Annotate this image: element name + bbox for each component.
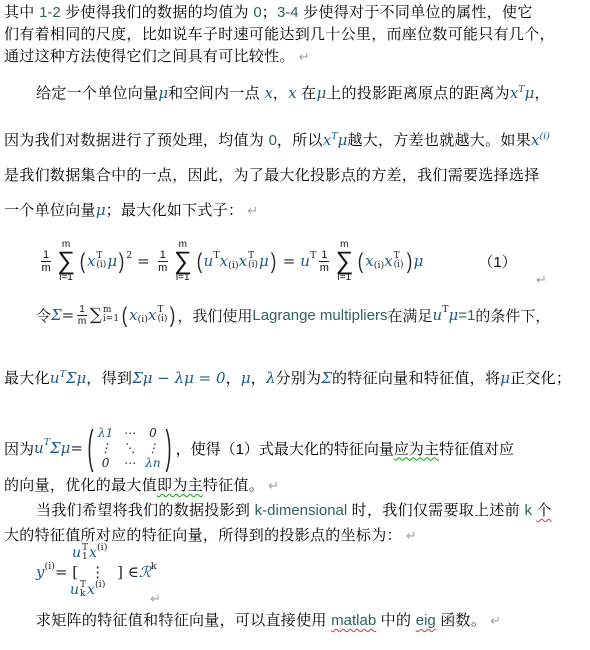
- text-line-6: 是我们数据集合中的一点，因此，为了最大化投影点的方差，我们需要选择选择: [4, 165, 540, 186]
- summation: m∑i=1: [57, 240, 75, 283]
- text-run: ，我们使用: [177, 305, 252, 326]
- math-var-mu: μ: [241, 369, 251, 387]
- math-var-u: u: [50, 369, 60, 387]
- text-run: 0: [269, 132, 277, 149]
- grammar-flagged-text: 应为主: [394, 438, 439, 459]
- math-var-x: x: [89, 545, 97, 561]
- subscript-1: 1: [82, 553, 88, 563]
- subscript-i: (i): [138, 314, 148, 325]
- equation-1: 1m m∑i=1 ( x T(i) μ ) 2 = 1m m∑i=1 ( u T…: [38, 230, 517, 292]
- sum-symbol: ∑: [90, 305, 102, 325]
- fraction-1-over-m: 1m: [319, 249, 329, 274]
- text-run: ，: [534, 85, 549, 102]
- text-line-sigma-def: 令 Σ = 1m ∑ mi=1 ( x (i) x T(i) ) ，我们使用 L…: [36, 302, 550, 328]
- math-run: Σμ − λμ = 0: [132, 369, 225, 387]
- text-run: 函数。: [436, 612, 486, 629]
- superscript-i: (i): [97, 542, 107, 553]
- matrix-cell: ⋯: [123, 456, 135, 470]
- close-paren: ): [119, 248, 125, 274]
- superscript-k: k: [151, 561, 157, 572]
- open-paren: (: [122, 302, 128, 328]
- paragraph-mark: ↵: [295, 49, 310, 64]
- superscript-T: T: [310, 250, 316, 261]
- text-line-eig: 求矩阵的特征值和特征向量，可以直接使用 matlab 中的 eig 函数。↵: [36, 610, 501, 631]
- math-var-x: x: [239, 252, 247, 270]
- paragraph-mark: ↵: [264, 478, 279, 493]
- equals-sign: =: [137, 252, 150, 270]
- text-line-5: 因为我们对数据进行了预处理，均值为 0，所以xTμ越大，方差也就越大。如果x(i…: [4, 130, 550, 153]
- close-paren: ): [270, 248, 276, 274]
- subscript-k: k: [80, 590, 85, 600]
- text-run: 的条件下，: [475, 305, 550, 326]
- math-var-u: u: [70, 582, 79, 598]
- matrix-cell: 0: [145, 426, 160, 440]
- sum-limits: mi=1: [103, 306, 119, 325]
- matrix-cell: ⋮: [98, 441, 113, 455]
- superscript-T: T: [213, 250, 219, 261]
- text-run: 分别为: [275, 370, 321, 387]
- text-run: 令: [36, 305, 51, 326]
- numerator: 1: [319, 249, 329, 262]
- open-paren: (: [196, 248, 202, 274]
- text-run: ，: [251, 370, 266, 387]
- text-run: 0: [253, 4, 261, 21]
- subscript-i: (i): [374, 260, 384, 271]
- math-var-u: u: [432, 306, 442, 324]
- math-var-u: u: [204, 252, 214, 270]
- text-run: 中的: [376, 612, 416, 629]
- matrix-cell: ⋮: [145, 441, 160, 455]
- math-run: μ: [158, 84, 168, 102]
- text-run: 上的投影距离原点的距离为: [326, 85, 510, 102]
- text-run-latin: Lagrange multipliers: [252, 307, 387, 324]
- spell-flagged-text: eig: [416, 612, 436, 629]
- math-scripts: T1: [82, 544, 88, 563]
- subscript-i: (i): [248, 261, 258, 271]
- math-scripts: T(i): [394, 252, 404, 271]
- math-var-mu: μ: [259, 252, 269, 270]
- math-run: Σμ: [66, 369, 86, 387]
- open-paren: (: [358, 248, 364, 274]
- math-scripts: T(i): [248, 252, 258, 271]
- eigenvalue-matrix: λ1⋯0⋮⋱⋮0⋯λn: [98, 426, 161, 470]
- text-run: 是我们数据集合中的一点，因此，为了最大化投影点的方差，我们需要选择选择: [4, 167, 540, 184]
- text-run: 的向量，优化的最大值: [4, 477, 157, 494]
- fraction-1-over-m: 1m: [158, 249, 168, 274]
- math-var-x: x: [148, 306, 156, 324]
- subscript-i: (i): [157, 315, 167, 325]
- sum-symbol: ∑: [335, 250, 353, 273]
- math-var-x: x: [87, 582, 95, 598]
- matrix-cell: ⋱: [123, 441, 135, 455]
- text-run: 给定一个单位向量: [36, 85, 158, 102]
- superscript-T: T: [60, 369, 66, 380]
- math-var-sigma: Σ: [321, 369, 332, 387]
- text-run: 特征值对应: [439, 438, 514, 459]
- math-var-mu: μ: [107, 252, 117, 270]
- sum-symbol: ∑: [57, 250, 75, 273]
- fraction-1-over-m: 1m: [77, 304, 87, 327]
- denominator: m: [320, 262, 329, 274]
- summation: m∑i=1: [174, 240, 192, 283]
- close-paren: ): [170, 302, 176, 328]
- math-var-mu: μ: [414, 252, 424, 270]
- math-var-mu: μ: [448, 306, 458, 324]
- text-run: 在: [297, 85, 317, 102]
- open-paren: (: [80, 248, 86, 274]
- subscript-i: (i): [96, 261, 106, 271]
- matrix-open-paren: (: [87, 422, 93, 475]
- paragraph-mark: ↵: [150, 591, 161, 607]
- y-formula-row-bottom: u Tk x (i): [70, 582, 105, 598]
- text-run: 因为: [4, 438, 34, 459]
- equals-sign: =: [70, 439, 83, 457]
- text-run: ，使得（1）式最大化的特征向量: [176, 438, 394, 459]
- text-line-vector: 的向量，优化的最大值即为主特征值。↵: [4, 475, 279, 496]
- math-run: μ: [525, 84, 535, 102]
- text-run: 的特征向量和特征值，将: [332, 370, 500, 387]
- text-run: 和空间内一点: [168, 85, 264, 102]
- close-paren: ): [406, 248, 412, 274]
- text-run: 其中: [4, 4, 39, 21]
- document-page: 其中 1-2 步使得我们的数据的均值为 0；3-4 步使得对于不同单位的属性，使…: [0, 0, 590, 650]
- paragraph-mark: ↵: [536, 272, 547, 288]
- matrix-cell: λ1: [98, 426, 113, 440]
- math-var-mu: μ: [500, 369, 510, 387]
- sum-lower-limit: i=1: [338, 273, 352, 283]
- math-var-y: y: [36, 563, 44, 581]
- math-superscript: T: [518, 84, 524, 95]
- text-run: 求矩阵的特征值和特征向量，可以直接使用: [36, 612, 331, 629]
- math-var-u: u: [300, 252, 310, 270]
- equation-number: （1）: [478, 251, 516, 272]
- text-line-kdim: 当我们希望将我们的数据投影到 k-dimensional 时，我们仅需要取上述前…: [36, 500, 552, 521]
- text-line-matrix: 因为 u T Σμ = ( λ1⋯0⋮⋱⋮0⋯λn ) ，使得（1）式最大化的特…: [4, 420, 514, 476]
- text-run: ，得到: [86, 370, 132, 387]
- math-var-u: u: [72, 545, 81, 561]
- text-run: 步使得对于不同单位的属性，使它: [299, 4, 533, 21]
- subscript-i: (i): [228, 260, 238, 271]
- text-run: ；最大化如下式子：: [106, 202, 244, 219]
- text-run: 最大化: [4, 370, 50, 387]
- sum-lower-limit: i=1: [103, 315, 119, 325]
- text-run: 在满足: [387, 305, 432, 326]
- text-run: ，: [226, 370, 241, 387]
- math-run: x: [288, 84, 296, 102]
- text-run: 正交化；: [510, 370, 571, 387]
- spell-flagged-text: matlab: [331, 612, 376, 629]
- text-run-latin: k-dimensional: [255, 502, 348, 519]
- denominator: m: [158, 262, 167, 274]
- text-run: 越大，方差也就越大。如果: [347, 132, 531, 149]
- text-run: 通过这种方法使得它们之间具有可比较性。: [4, 48, 295, 65]
- equals-sign: =: [283, 252, 296, 270]
- text-run: 特征值。: [203, 477, 264, 494]
- text-line-4: 给定一个单位向量μ和空间内一点 x，x 在μ上的投影距离原点的距离为xTμ，: [36, 83, 550, 106]
- text-run: ，所以: [277, 132, 323, 149]
- math-var-sigma: Σ: [51, 306, 62, 324]
- text-line-2: 们有着相同的尺度，比如说车子时速可能达到几十公里，而座位数可能只有几个，: [4, 24, 555, 45]
- matrix-close-paren: ): [165, 422, 171, 475]
- text-run: 大的特征值所对应的特征向量，所得到的投影点的坐标为：: [4, 527, 402, 544]
- text-run: 当我们希望将我们的数据投影到: [36, 502, 255, 519]
- matrix-cell: λn: [145, 456, 160, 470]
- text-line-3: 通过这种方法使得它们之间具有可比较性。↵: [4, 46, 310, 67]
- text-run: 因为我们对数据进行了预处理，均值为: [4, 132, 269, 149]
- text-line-1: 其中 1-2 步使得我们的数据的均值为 0；3-4 步使得对于不同单位的属性，使…: [4, 2, 533, 23]
- math-run: μ: [338, 131, 348, 149]
- text-run: 一个单位向量: [4, 202, 96, 219]
- paragraph-mark: ↵: [243, 203, 258, 218]
- math-superscript: (i): [539, 131, 549, 142]
- matrix-cell: ⋯: [123, 426, 135, 440]
- text-run: 们有着相同的尺度，比如说车子时速可能达到几十公里，而座位数可能只有几个，: [4, 26, 555, 43]
- math-var-x: x: [220, 252, 228, 270]
- text-line-7: 一个单位向量μ；最大化如下式子：↵: [4, 200, 258, 221]
- sum-lower-limit: i=1: [59, 273, 73, 283]
- text-line-maximize: 最大化uTΣμ，得到Σμ − λμ = 0，μ，λ分别为Σ的特征向量和特征值，将…: [4, 368, 571, 391]
- math-scripts: Tk: [80, 581, 86, 600]
- denominator: m: [78, 316, 86, 327]
- text-line-coords: 大的特征值所对应的特征向量，所得到的投影点的坐标为：↵: [4, 525, 417, 546]
- fraction-1-over-m: 1m: [41, 249, 51, 274]
- equals-sign: =: [62, 306, 75, 324]
- math-var-x: x: [129, 306, 137, 324]
- numerator: 1: [77, 304, 87, 316]
- denominator: m: [41, 262, 50, 274]
- math-scripts: T(i): [157, 306, 167, 325]
- sum-lower-limit: i=1: [176, 273, 190, 283]
- superscript-T: T: [44, 437, 50, 448]
- close-bracket: ] ∈: [117, 563, 139, 581]
- math-scripts: T(i): [96, 252, 106, 271]
- text-run-latin: k: [524, 502, 532, 519]
- summation: m∑i=1: [335, 240, 353, 283]
- paragraph-mark: ↵: [486, 613, 501, 628]
- numerator: 1: [158, 249, 168, 262]
- text-run: ，: [273, 85, 288, 102]
- matrix-cell: 0: [98, 456, 113, 470]
- math-superscript: T: [331, 131, 337, 142]
- math-var-x: x: [365, 252, 373, 270]
- math-var-x: x: [384, 252, 392, 270]
- text-run: 1-2: [39, 4, 61, 21]
- subscript-i: (i): [394, 261, 404, 271]
- sum-symbol: ∑: [174, 250, 192, 273]
- superscript-2: 2: [126, 250, 132, 261]
- math-run: μ: [316, 84, 326, 102]
- math-run: μ: [96, 201, 106, 219]
- math-var-u: u: [34, 439, 44, 457]
- text-run: 3-4: [277, 4, 299, 21]
- numerator: 1: [41, 249, 51, 262]
- math-run: Σμ: [50, 439, 70, 457]
- text-run-latin: =1: [458, 307, 475, 324]
- math-var-x: x: [87, 252, 95, 270]
- text-run: ；: [262, 4, 277, 21]
- y-formula-row-top: u T1 x (i): [72, 545, 107, 561]
- spell-flagged-text: 个: [536, 502, 551, 519]
- text-run: 步使得我们的数据的均值为: [61, 4, 254, 21]
- open-bracket: = [: [55, 563, 78, 581]
- superscript-i: (i): [95, 579, 105, 590]
- math-real-set: ℛ: [139, 563, 151, 581]
- text-run: 时，我们仅需要取上述前: [347, 502, 524, 519]
- superscript-T: T: [442, 304, 448, 315]
- math-run: x: [264, 84, 272, 102]
- grammar-flagged-text: 即为主: [157, 477, 203, 494]
- superscript-i: (i): [44, 561, 54, 572]
- paragraph-mark: ↵: [402, 528, 417, 543]
